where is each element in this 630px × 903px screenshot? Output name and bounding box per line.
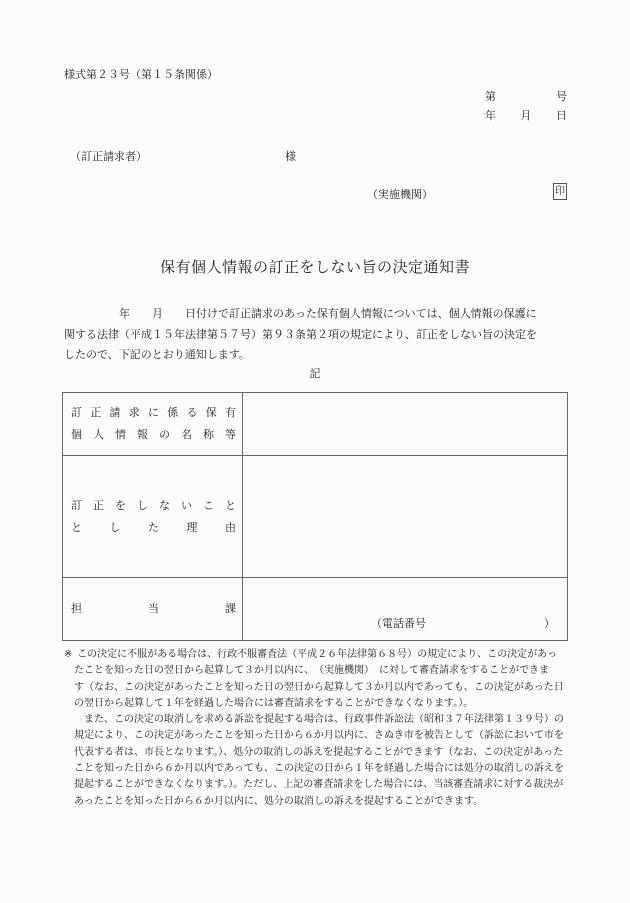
label-char: 理 (187, 517, 198, 539)
label-char: 求 (129, 402, 140, 424)
department-field[interactable]: （電話番号 ） (243, 578, 568, 641)
seal-icon: 印 (553, 183, 567, 200)
label-char: 情 (115, 424, 126, 446)
label-char: な (159, 495, 170, 517)
phone-number: （電話番号 ） (243, 615, 567, 631)
label-char: に (148, 402, 159, 424)
label-char: る (187, 402, 198, 424)
info-name-field[interactable] (243, 393, 568, 456)
notes-section: ※ この決定に不服がある場合は、行政不服審査法（平成２６年法律第６８号）の規定に… (64, 647, 570, 810)
label-char: 訂 (71, 495, 82, 517)
note-line: たことを知った日の翌日から起算して３か月以内に、 （実施機関） に対して審査請求… (64, 663, 570, 679)
honorific: 様 (285, 148, 296, 164)
note-line: また、この決定の取消しを求める訴訟を提起する場合は、行政事件訴訟法（昭和３７年法… (64, 712, 570, 728)
date-day: 日 (556, 107, 567, 123)
label-char: 由 (225, 517, 236, 539)
label-line: 担当課 (71, 598, 236, 620)
label-char: の (159, 424, 170, 446)
requester-label: （訂正請求者） (70, 148, 147, 164)
issuing-agency-label: （実施機関） (367, 186, 433, 202)
note-mark: ※ (64, 647, 74, 663)
date-year: 年 (485, 107, 496, 123)
note-line: す（なお、この決定があったことを知った日の翌日から起算して３か月以内であっても、… (64, 680, 570, 696)
label-char: 請 (110, 402, 121, 424)
label-char: と (71, 517, 82, 539)
body-paragraph: 年 月 日付けで訂正請求のあった保有個人情報については、個人情報の保護に 関する… (64, 304, 570, 366)
label-char: い (181, 495, 192, 517)
label-char: 課 (225, 598, 236, 620)
phone-label: （電話番号 (371, 615, 426, 631)
reason-field[interactable] (243, 456, 568, 578)
table-row: 担当課 （電話番号 ） (63, 578, 568, 641)
document-date: 年 月 日 (485, 107, 567, 123)
note-line: 代表する者は、市長となります。）、処分の取消しの訴えを提起することができます（な… (64, 745, 570, 761)
label-char: 名 (181, 424, 192, 446)
label-char: 担 (71, 598, 82, 620)
note-line: ※ この決定に不服がある場合は、行政不服審査法（平成２６年法律第６８号）の規定に… (64, 647, 570, 663)
note-line: あったことを知った日から６か月以内に、処分の取消しの訴えを提起することができます… (64, 794, 570, 810)
label-char: 正 (90, 402, 101, 424)
label-char: 報 (137, 424, 148, 446)
label-line: 訂正をしないこと (71, 495, 236, 517)
document-title: 保有個人情報の訂正をしない旨の決定通知書 (0, 256, 630, 277)
body-line: 年 月 日付けで訂正請求のあった保有個人情報については、個人情報の保護に (64, 304, 570, 325)
note-line: の翌日から起算して１年を経過した場合には審査請求をすることができなくなります。）… (64, 696, 570, 712)
row-label-info-name: 訂正請求に係る保有 個人情報の名称等 (63, 393, 243, 456)
label-char: 正 (93, 495, 104, 517)
label-char: 保 (206, 402, 217, 424)
label-char: 人 (93, 424, 104, 446)
phone-close: ） (544, 615, 555, 631)
label-char: 係 (167, 402, 178, 424)
note-line: 提起することができなくなります。）。ただし、上記の審査請求をした場合には、当該審… (64, 777, 570, 793)
label-line: 個人情報の名称等 (71, 424, 236, 446)
note-line: 規定により、この決定があったことを知った日から６か月以内に、さぬき市を被告として… (64, 728, 570, 744)
form-number: 様式第２３号（第１５条関係） (64, 66, 218, 82)
note-line: ことを知った日から６か月以内であっても、この決定の日から１年を経過した場合には処… (64, 761, 570, 777)
body-line: したので、下記のとおり通知します。 (64, 345, 570, 366)
label-char: こ (203, 495, 214, 517)
label-char: 有 (225, 402, 236, 424)
table-row: 訂正請求に係る保有 個人情報の名称等 (63, 393, 568, 456)
note-text: この決定に不服がある場合は、行政不服審査法（平成２６年法律第６８号）の規定により… (77, 649, 557, 660)
label-line: 訂正請求に係る保有 (71, 402, 236, 424)
label-char: し (137, 495, 148, 517)
label-char: 等 (225, 424, 236, 446)
row-label-reason: 訂正をしないこと とした理由 (63, 456, 243, 578)
label-char: と (225, 495, 236, 517)
document-number: 第 号 (485, 88, 567, 104)
row-label-department: 担当課 (63, 578, 243, 641)
doc-number-suffix: 号 (556, 88, 567, 104)
label-char: 当 (148, 598, 159, 620)
label-char: 称 (203, 424, 214, 446)
table-row: 訂正をしないこと とした理由 (63, 456, 568, 578)
label-char: 個 (71, 424, 82, 446)
body-line: 関する法律（平成１５年法律第５７号）第９３条第２項の規定により、訂正をしない旨の… (64, 325, 570, 346)
label-char: た (148, 517, 159, 539)
label-char: を (115, 495, 126, 517)
label-char: 訂 (71, 402, 82, 424)
label-char: し (110, 517, 121, 539)
doc-number-prefix: 第 (485, 88, 496, 104)
ki-heading: 記 (0, 365, 630, 381)
details-table: 訂正請求に係る保有 個人情報の名称等 訂正をしないこと とした理由 担当課 （電… (62, 392, 568, 641)
date-month: 月 (521, 107, 532, 123)
label-line: とした理由 (71, 517, 236, 539)
